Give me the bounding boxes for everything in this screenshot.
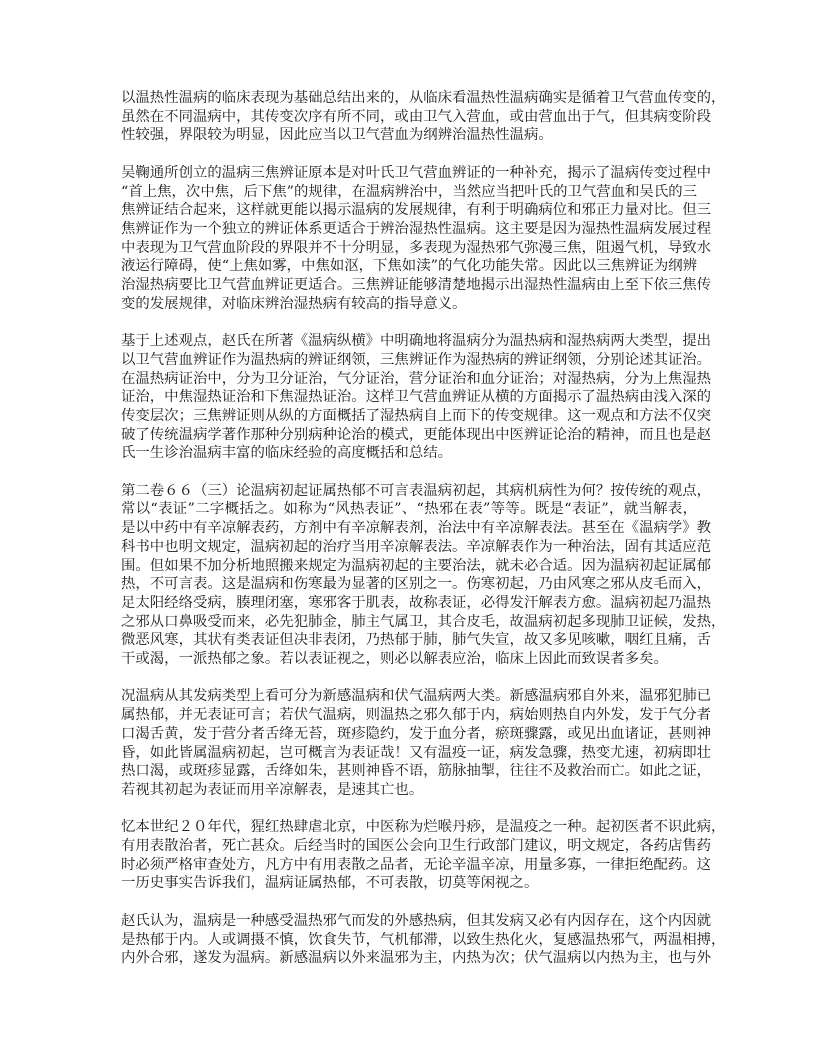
text-line: 性较强，界限较为明显，因此应当以卫气营血为纲辨治温热性温病。 — [121, 126, 697, 145]
text-line: 微恶风寒，其状有类表证但决非表闭，乃热郁于肺，肺气失宣，故又多见咳嗽，咽红且痛，… — [121, 631, 697, 650]
text-line: 围。但如果不加分析地照搬来规定为温病初起的主要治法，就未必合适。因为温病初起证属… — [121, 557, 697, 576]
text-line: 赵氏认为，温病是一种感受温热邪气而发的外感热病，但其发病又必有内因存在，这个内因… — [121, 912, 697, 931]
text-line: 之邪从口鼻吸受而来，必先犯肺金，肺主气属卫，其合皮毛，故温病初起多现肺卫证候，发… — [121, 613, 697, 632]
text-line: 是热郁于内。人或调摄不慎，饮食失节，气机郁滞，以致生热化火，复感温热邪气，两温相… — [121, 931, 697, 950]
text-line: 虽然在不同温病中，其传变次序有所不同，或由卫气入营血，或由营血出于气，但其病变阶… — [121, 108, 697, 127]
text-line: 内外合邪，遂发为温病。新感温病以外来温邪为主，内热为次；伏气温病以内热为主，也与… — [121, 949, 697, 968]
text-line: 属热郁，并无表证可言；若伏气温病，则温热之邪久郁于内，病始则热自内外发，发于气分… — [121, 706, 697, 725]
text-line: 昏，如此皆属温病初起，岂可概言为表证哉！又有温疫一证，病发急骤，热变尤速，初病即… — [121, 744, 697, 763]
text-line: 热，不可言表。这是温病和伤寒最为显著的区别之一。伤寒初起，乃由风寒之邪从皮毛而入… — [121, 575, 697, 594]
text-line: 一历史事实告诉我们，温病证属热郁，不可表散，切莫等闲视之。 — [121, 874, 697, 893]
text-line: 常以“表证”二字概括之。如称为“风热表证”、“热邪在表”等等。既是“表证”，就当… — [121, 500, 697, 519]
text-line: 忆本世纪２０年代，猩红热肆虐北京，中医称为烂喉丹痧，是温疫之一种。起初医者不识此… — [121, 818, 697, 837]
text-line: 口渴舌黄，发于营分者舌绛无苔，斑疹隐约，发于血分者，瘀斑骤露，或见出血诸证，甚则… — [121, 725, 697, 744]
paragraph-2: 吴鞠通所创立的温病三焦辨证原本是对叶氏卫气营血辨证的一种补充，揭示了温病传变过程… — [121, 164, 697, 314]
text-line: 焦辨证作为一个独立的辨证体系更适合于辨治湿热性温病。这主要是因为湿热性温病发展过… — [121, 220, 697, 239]
text-line: 基于上述观点，赵氏在所著《温病纵横》中明确地将温病分为温热病和湿热病两大类型，提… — [121, 332, 697, 351]
text-line: 在温热病证治中，分为卫分证治，气分证治，营分证治和血分证治；对湿热病，分为上焦湿… — [121, 370, 697, 389]
text-line: 有用表散治者，死亡甚众。后经当时的国医公会向卫生行政部门建议，明文规定，各药店售… — [121, 837, 697, 856]
document-page: 以温热性温病的临床表现为基础总结出来的，从临床看温热性温病确实是循着卫气营血传变… — [121, 89, 697, 987]
text-line: 焦辨证结合起来，这样就更能以揭示温病的发展规律，有利于明确病位和邪正力量对比。但… — [121, 201, 697, 220]
text-line: “首上焦，次中焦，后下焦”的规律，在温病辨治中，当然应当把叶氏的卫气营血和吴氏的… — [121, 183, 697, 202]
paragraph-3: 基于上述观点，赵氏在所著《温病纵横》中明确地将温病分为温热病和湿热病两大类型，提… — [121, 332, 697, 463]
text-line: 科书中也明文规定，温病初起的治疗当用辛凉解表法。辛凉解表作为一种治法，固有其适应… — [121, 538, 697, 557]
text-line: 中表现为卫气营血阶段的界限并不十分明显，多表现为湿热邪气弥漫三焦，阻遏气机，导致… — [121, 239, 697, 258]
text-line: 变的发展规律，对临床辨治湿热病有较高的指导意义。 — [121, 295, 697, 314]
text-line: 时必须严格审查处方，凡方中有用表散之品者，无论辛温辛凉，用量多寡，一律拒绝配药。… — [121, 856, 697, 875]
text-line: 以卫气营血辨证作为温热病的辨证纲领，三焦辨证作为湿热病的辨证纲领，分别论述其证治… — [121, 351, 697, 370]
text-line: 况温病从其发病类型上看可分为新感温病和伏气温病两大类。新感温病邪自外来，温邪犯肺… — [121, 687, 697, 706]
text-line: 是以中药中有辛凉解表药，方剂中有辛凉解表剂，治法中有辛凉解表法。甚至在《温病学》… — [121, 519, 697, 538]
text-line: 治湿热病要比卫气营血辨证更适合。三焦辨证能够清楚地揭示出湿热性温病由上至下依三焦… — [121, 276, 697, 295]
paragraph-4: 第二卷６６（三）论温病初起证属热郁不可言表温病初起，其病机病性为何？按传统的观点… — [121, 482, 697, 669]
text-line: 氏一生诊治温病丰富的临床经验的高度概括和总结。 — [121, 444, 697, 463]
text-line: 破了传统温病学著作那种分别病种论治的模式，更能体现出中医辨证论治的精神，而且也是… — [121, 426, 697, 445]
text-line: 若视其初起为表证而用辛凉解表，是速其亡也。 — [121, 781, 697, 800]
text-line: 以温热性温病的临床表现为基础总结出来的，从临床看温热性温病确实是循着卫气营血传变… — [121, 89, 697, 108]
text-line: 液运行障碍，使“上焦如雾，中焦如沤，下焦如渎”的气化功能失常。因此以三焦辨证为纲… — [121, 257, 697, 276]
paragraph-6: 忆本世纪２０年代，猩红热肆虐北京，中医称为烂喉丹痧，是温疫之一种。起初医者不识此… — [121, 818, 697, 893]
paragraph-7: 赵氏认为，温病是一种感受温热邪气而发的外感热病，但其发病又必有内因存在，这个内因… — [121, 912, 697, 968]
text-line: 传变层次；三焦辨证则从纵的方面概括了湿热病自上而下的传变规律。这一观点和方法不仅… — [121, 407, 697, 426]
text-line: 第二卷６６（三）论温病初起证属热郁不可言表温病初起，其病机病性为何？按传统的观点… — [121, 482, 697, 501]
text-line: 吴鞠通所创立的温病三焦辨证原本是对叶氏卫气营血辨证的一种补充，揭示了温病传变过程… — [121, 164, 697, 183]
text-line: 干或渴，一派热郁之象。若以表证视之，则必以解表应治，临床上因此而致误者多矣。 — [121, 650, 697, 669]
text-line: 足太阳经络受病，腠理闭塞，寒邪客于肌表，故称表证，必得发汗解表方愈。温病初起乃温… — [121, 594, 697, 613]
text-line: 证治，中焦湿热证治和下焦湿热证治。这样卫气营血辨证从横的方面揭示了温热病由浅入深… — [121, 388, 697, 407]
text-line: 热口渴，或斑疹显露，舌绛如朱，甚则神昏不语，筋脉抽掣，往往不及救治而亡。如此之证… — [121, 762, 697, 781]
paragraph-1: 以温热性温病的临床表现为基础总结出来的，从临床看温热性温病确实是循着卫气营血传变… — [121, 89, 697, 145]
paragraph-5: 况温病从其发病类型上看可分为新感温病和伏气温病两大类。新感温病邪自外来，温邪犯肺… — [121, 687, 697, 799]
